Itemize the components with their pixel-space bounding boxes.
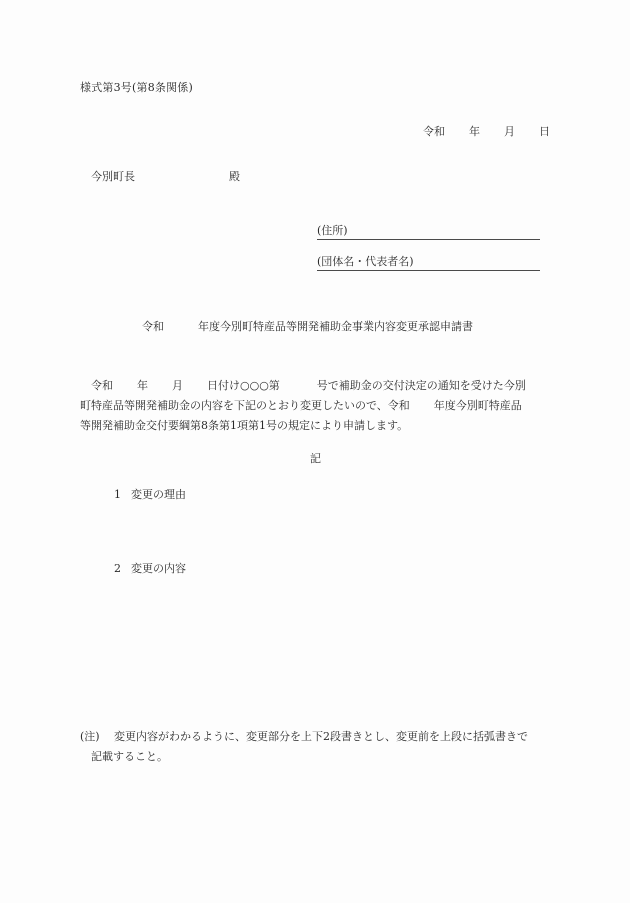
title-era: 令和 [142, 320, 164, 333]
date-line: 令和年月日 [423, 125, 550, 139]
note-line-1: (注)変更内容がわかるように、変更部分を上下2段書きとし、変更前を上段に括弧書き… [80, 727, 560, 747]
signature-group-line: (団体名・代表者名) [317, 255, 540, 271]
note: (注)変更内容がわかるように、変更部分を上下2段書きとし、変更前を上段に括弧書き… [80, 727, 560, 767]
form-number: 様式第3号(第8条関係) [80, 81, 193, 95]
body-line-1: 令和年月日付け○○○第号で補助金の交付決定の通知を受けた今別 [80, 376, 555, 396]
note-line-2: 記載すること。 [80, 747, 560, 767]
addressee-name: 今別町長 [91, 170, 135, 183]
body-paragraph: 令和年月日付け○○○第号で補助金の交付決定の通知を受けた今別 町特産品等開発補助… [80, 376, 555, 436]
item-label: 変更の内容 [131, 562, 186, 575]
signature-address-line: (住所) [317, 224, 540, 240]
addressee-honorific: 殿 [229, 170, 240, 183]
date-era: 令和 [423, 125, 445, 139]
title-text: 年度今別町特産品等開発補助金事業内容変更承認申請書 [198, 320, 473, 333]
item-number: 2 [114, 562, 131, 576]
item-label: 変更の理由 [131, 488, 186, 501]
date-month: 月 [504, 125, 515, 139]
body-line-2: 町特産品等開発補助金の内容を下記のとおり変更したいので、令和年度今別町特産品 [80, 396, 555, 416]
item-change-content: 2変更の内容 [114, 562, 186, 576]
note-label: (注) [80, 727, 114, 747]
ki-heading: 記 [310, 452, 321, 466]
date-year: 年 [469, 125, 480, 139]
item-change-reason: 1変更の理由 [114, 488, 186, 502]
group-label: (団体名・代表者名) [317, 255, 414, 268]
body-line-3: 等開発補助金交付要綱第8条第1項第1号の規定により申請します。 [80, 416, 555, 436]
document-title: 令和年度今別町特産品等開発補助金事業内容変更承認申請書 [142, 320, 473, 334]
address-label: (住所) [317, 224, 348, 237]
item-number: 1 [114, 488, 131, 502]
date-day: 日 [539, 125, 550, 139]
addressee: 今別町長殿 [91, 170, 240, 184]
